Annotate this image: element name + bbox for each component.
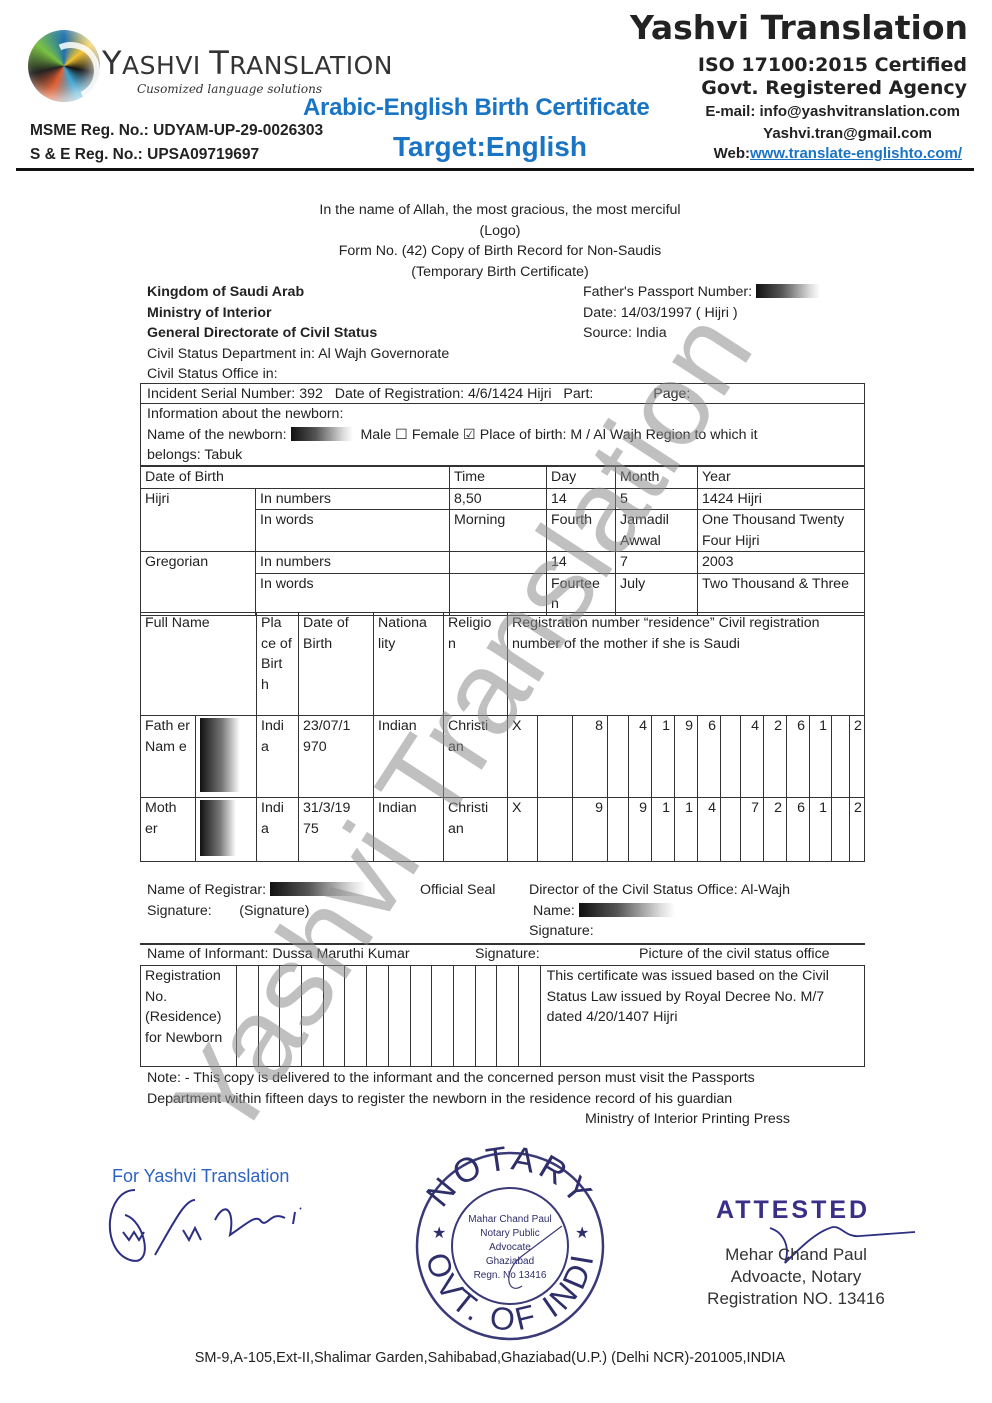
region: belongs: Tabuk	[147, 445, 864, 466]
year-value: One Thousand Twenty Four Hijri	[698, 510, 865, 552]
day-value: 14	[547, 488, 616, 510]
svg-text:Notary Public: Notary Public	[480, 1228, 539, 1239]
director-block: Director of the Civil Status Office: Al-…	[529, 880, 790, 942]
year-header: Year	[698, 467, 865, 489]
redacted-passport	[756, 284, 820, 298]
registration-box	[367, 966, 389, 1067]
informant-name: Name of Informant: Dussa Maruthi Kumar	[147, 944, 410, 965]
registration-box	[237, 966, 259, 1067]
day-value: Fourth	[547, 510, 616, 552]
registration-digit: 9	[629, 798, 652, 862]
brand-initial-y: Y	[102, 44, 122, 82]
registrar-label: Name of Registrar:	[147, 882, 266, 898]
dob-header: Date of Birth	[299, 613, 374, 716]
registration-box	[302, 966, 324, 1067]
registration-digit: 6	[698, 716, 721, 798]
registration-box	[388, 966, 410, 1067]
religion-header: Religio n	[444, 613, 508, 716]
day-value: Fourtee n	[547, 573, 616, 615]
passport-block: Father's Passport Number: Date: 14/03/19…	[583, 282, 820, 344]
email-primary: E-mail: info@yashvitranslation.com	[705, 103, 960, 120]
registration-header: Registration number “residence” Civil re…	[508, 613, 865, 716]
newborn-info: Information about the newborn: Name of t…	[140, 404, 865, 466]
row-type: In numbers	[256, 488, 450, 510]
role-mother: Moth er	[141, 798, 196, 862]
registration-digit	[832, 716, 850, 798]
official-seal: Official Seal	[420, 880, 495, 901]
registration-digit: X	[508, 798, 538, 862]
redacted-newborn-name	[291, 427, 353, 441]
registrar-signature: Signature: (Signature)	[147, 901, 366, 922]
registration-digit: 9	[573, 798, 608, 862]
seal-top-text: NOTARY	[419, 1146, 601, 1214]
msme-reg-number: MSME Reg. No.: UDYAM-UP-29-0026303	[30, 122, 323, 140]
day-header: Day	[547, 467, 616, 489]
registration-digit: 2	[850, 798, 865, 862]
page-label: Page:	[653, 386, 690, 402]
dob-value: 23/07/1 970	[299, 716, 374, 798]
registration-box	[345, 966, 367, 1067]
website: Web:www.translate-englishto.com/	[714, 145, 962, 162]
row-type: In words	[256, 510, 450, 552]
place-header: Pla ce of Birt h	[257, 613, 299, 716]
registration-date: Date of Registration: 4/6/1424 Hijri	[335, 386, 552, 402]
registration-digit: 1	[810, 798, 832, 862]
registration-digit	[538, 716, 573, 798]
kingdom: Kingdom of Saudi Arab	[147, 282, 449, 303]
redacted-father-name	[200, 718, 240, 792]
nationality-value: Indian	[374, 798, 444, 862]
name-label: Name:	[533, 903, 575, 919]
director-title: Director of the Civil Status Office: Al-…	[529, 880, 790, 901]
date-of-birth-table: Date of Birth Time Day Month Year Hijri …	[140, 466, 865, 616]
redacted-registrar-name	[270, 882, 366, 896]
newborn-line: Name of the newborn: Male ☐ Female ☑ Pla…	[147, 425, 864, 446]
dob-header: Date of Birth	[141, 467, 450, 489]
registration-box	[497, 966, 519, 1067]
registration-digit: 1	[652, 798, 675, 862]
signature-label: Signature:	[147, 903, 212, 919]
registration-box	[475, 966, 497, 1067]
note-line-2: Department within fifteen days to regist…	[147, 1089, 755, 1110]
parents-table: Full Name Pla ce of Birt h Date of Birth…	[140, 612, 865, 862]
svg-text:★: ★	[575, 1225, 589, 1242]
father-name-cell	[196, 716, 257, 798]
source: Source: India	[583, 323, 820, 344]
printing-press: Ministry of Interior Printing Press	[585, 1109, 790, 1130]
year-value: 1424 Hijri	[698, 488, 865, 510]
registration-digit	[721, 716, 741, 798]
svg-text:Ghaziabad: Ghaziabad	[486, 1256, 534, 1267]
registration-digit: X	[508, 716, 538, 798]
registration-digit	[832, 798, 850, 862]
bismillah-line: In the name of Allah, the most gracious,…	[0, 200, 992, 221]
ministry: Ministry of Interior	[147, 303, 449, 324]
nationality-header: Nationa lity	[374, 613, 444, 716]
newborn-name-label: Name of the newborn:	[147, 427, 287, 443]
svg-text:Mahar Chand Paul: Mahar Chand Paul	[468, 1214, 551, 1225]
time-value	[450, 552, 547, 574]
translator-signature-icon	[95, 1180, 325, 1270]
registrar-name: Name of Registrar:	[147, 880, 366, 901]
male-checkbox: Male ☐	[360, 427, 407, 443]
office: Civil Status Office in:	[147, 364, 449, 385]
brand-initial-t: T	[209, 44, 229, 82]
registration-digit	[721, 798, 741, 862]
registration-digit: 7	[741, 798, 764, 862]
registration-box	[258, 966, 280, 1067]
time-value: 8,50	[450, 488, 547, 510]
registration-digit: 6	[787, 798, 810, 862]
table-row: Gregorian In numbers 14 7 2003	[141, 552, 865, 574]
month-header: Month	[616, 467, 698, 489]
iso-certification: ISO 17100:2015 Certified	[698, 54, 967, 76]
issue-date: Date: 14/03/1997 ( Hijri )	[583, 303, 820, 324]
parents-header-row: Full Name Pla ce of Birt h Date of Birth…	[141, 613, 865, 716]
registration-digit: 4	[698, 798, 721, 862]
director-name: Name:	[529, 901, 790, 922]
part-label: Part:	[563, 386, 593, 402]
religion-value: Christi an	[444, 798, 508, 862]
religion-value: Christi an	[444, 716, 508, 798]
registration-box	[453, 966, 475, 1067]
attester-registration: Registration NO. 13416	[690, 1288, 902, 1310]
form-number: Form No. (42) Copy of Birth Record for N…	[0, 241, 992, 262]
redacted-mother-name	[200, 800, 236, 856]
mother-name-cell	[196, 798, 257, 862]
website-link[interactable]: www.translate-englishto.com/	[750, 145, 962, 162]
registration-table: Registration No. (Residence) for Newborn…	[140, 965, 865, 1067]
dob-value: 31/3/19 75	[299, 798, 374, 862]
month-value: July	[616, 573, 698, 615]
place-value: Indi a	[257, 716, 299, 798]
registration-box	[432, 966, 454, 1067]
passport-number: Father's Passport Number:	[583, 282, 820, 303]
registration-row: Registration No. (Residence) for Newborn…	[141, 966, 865, 1067]
place-of-birth: Place of birth: M / Al Wajh Region to wh…	[480, 427, 758, 443]
brand-rest-2: RANSLATION	[229, 51, 393, 80]
registration-digit: 1	[810, 716, 832, 798]
registration-digit: 8	[573, 716, 608, 798]
svg-text:NOTARY: NOTARY	[419, 1146, 601, 1214]
registration-digit	[608, 716, 629, 798]
incident-serial: Incident Serial Number: 392	[147, 386, 323, 402]
registration-digit: 4	[629, 716, 652, 798]
document-title: Arabic-English Birth Certificate	[303, 94, 649, 122]
email-secondary: Yashvi.tran@gmail.com	[763, 125, 932, 142]
table-row: Fath er Nam e Indi a 23/07/1 970 Indian …	[141, 716, 865, 798]
day-value: 14	[547, 552, 616, 574]
calendar-gregorian: Gregorian	[141, 552, 256, 616]
registration-digit: 1	[675, 798, 698, 862]
registration-digit: 2	[764, 798, 787, 862]
time-header: Time	[450, 467, 547, 489]
full-name-header: Full Name	[141, 613, 257, 716]
registration-digit: 6	[787, 716, 810, 798]
director-signature: Signature:	[529, 921, 790, 942]
passport-label: Father's Passport Number:	[583, 284, 752, 300]
table-row: Hijri In numbers 8,50 14 5 1424 Hijri	[141, 488, 865, 510]
place-value: Indi a	[257, 798, 299, 862]
attester-title: Advoacte, Notary	[690, 1266, 902, 1288]
row-type: In numbers	[256, 552, 450, 574]
registration-digit	[608, 798, 629, 862]
registration-digit: 4	[741, 716, 764, 798]
brand-name: YASHVI TRANSLATION	[102, 44, 393, 82]
row-type: In words	[256, 573, 450, 615]
web-label: Web:	[714, 145, 750, 162]
redacted-director-name	[579, 903, 675, 917]
registration-digit: 2	[764, 716, 787, 798]
signature-value: (Signature)	[239, 903, 309, 919]
svg-text:Advocate: Advocate	[489, 1242, 531, 1253]
attester-name: Mehar Chand Paul	[690, 1244, 902, 1266]
registration-box	[410, 966, 432, 1067]
se-reg-number: S & E Reg. No.: UPSA09719697	[30, 146, 259, 164]
picture-label: Picture of the civil status office	[639, 944, 830, 965]
nationality-value: Indian	[374, 716, 444, 798]
brand-tagline: Cusomized language solutions	[137, 82, 322, 96]
month-value: Jamadil Awwal	[616, 510, 698, 552]
registration-digit: 9	[675, 716, 698, 798]
dob-header-row: Date of Birth Time Day Month Year	[141, 467, 865, 489]
note-line-1: Note: - This copy is delivered to the in…	[147, 1068, 755, 1089]
govt-registration: Govt. Registered Agency	[701, 77, 967, 99]
registration-box	[280, 966, 302, 1067]
registration-box	[518, 966, 540, 1067]
footer-address: SM-9,A-105,Ext-II,Shalimar Garden,Sahiba…	[0, 1350, 980, 1366]
registration-label: Registration No. (Residence) for Newborn	[141, 966, 237, 1067]
calendar-hijri: Hijri	[141, 488, 256, 552]
registration-digit	[538, 798, 573, 862]
intro-block: In the name of Allah, the most gracious,…	[0, 200, 992, 282]
registration-digit: 2	[850, 716, 865, 798]
registration-digit: 1	[652, 716, 675, 798]
registration-box	[323, 966, 345, 1067]
svg-text:★: ★	[432, 1225, 446, 1242]
company-logo-globe-icon	[28, 30, 100, 102]
month-value: 7	[616, 552, 698, 574]
authority-block: Kingdom of Saudi Arab Ministry of Interi…	[147, 282, 449, 385]
registrar-block: Name of Registrar: Signature: (Signature…	[147, 880, 366, 921]
time-value: Morning	[450, 510, 547, 552]
department: Civil Status Department in: Al Wajh Gove…	[147, 344, 449, 365]
header-divider	[16, 168, 974, 171]
female-checkbox: Female ☑	[412, 427, 476, 443]
company-title: Yashvi Translation	[630, 8, 968, 47]
incident-row: Incident Serial Number: 392 Date of Regi…	[140, 383, 865, 404]
time-value	[450, 573, 547, 615]
issued-note: This certificate was issued based on the…	[540, 966, 864, 1067]
notary-seal-icon: NOTARY GOVT. OF INDIA ★ ★ Mahar Chand Pa…	[412, 1146, 608, 1346]
note-block: Note: - This copy is delivered to the in…	[147, 1068, 755, 1109]
informant-signature: Signature:	[475, 944, 540, 965]
year-value: 2003	[698, 552, 865, 574]
table-row: Moth er Indi a 31/3/19 75 Indian Christi…	[141, 798, 865, 862]
certificate-type: (Temporary Birth Certificate)	[0, 262, 992, 283]
brand-rest-1: ASHVI	[122, 51, 209, 80]
target-language: Target:English	[393, 131, 587, 163]
month-value: 5	[616, 488, 698, 510]
directorate: General Directorate of Civil Status	[147, 323, 449, 344]
newborn-info-label: Information about the newborn:	[147, 404, 864, 425]
year-value: Two Thousand & Three	[698, 573, 865, 615]
logo-placeholder: (Logo)	[0, 221, 992, 242]
role-father: Fath er Nam e	[141, 716, 196, 798]
notary-details: Mehar Chand Paul Advoacte, Notary Regist…	[690, 1244, 902, 1310]
